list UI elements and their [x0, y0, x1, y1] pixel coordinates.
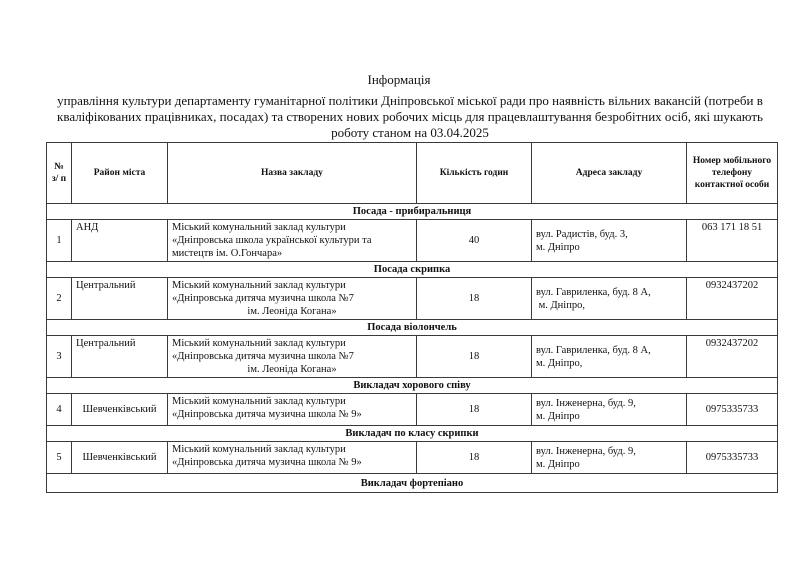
- section-title: Викладач фортепіано: [47, 474, 778, 493]
- cell-num: 2: [47, 278, 72, 320]
- name-line: «Дніпровська дитяча музична школа №7: [172, 350, 412, 363]
- header-phone: Номер мобільного телефону контактної осо…: [687, 143, 778, 204]
- cell-phone: 0932437202: [687, 278, 778, 320]
- section-row: Посада віолончель: [47, 320, 778, 336]
- section-title: Посада віолончель: [47, 320, 778, 336]
- section-title: Посада скрипка: [47, 262, 778, 278]
- cell-address: вул. Гавриленка, буд. 8 А, м. Дніпро,: [532, 336, 687, 378]
- cell-num: 5: [47, 442, 72, 474]
- cell-phone: 0932437202: [687, 336, 778, 378]
- header-address: Адреса закладу: [532, 143, 687, 204]
- address-line: м. Дніпро: [536, 410, 682, 423]
- address-line: вул. Гавриленка, буд. 8 А,: [536, 286, 682, 299]
- cell-name: Міський комунальний заклад культури «Дні…: [168, 336, 417, 378]
- address-line: вул. Радистів, буд. 3,: [536, 228, 682, 241]
- address-line: вул. Гавриленка, буд. 8 А,: [536, 344, 682, 357]
- table-header-row: № з/ п Район міста Назва закладу Кількіс…: [47, 143, 778, 204]
- header-num: № з/ п: [47, 143, 72, 204]
- cell-num: 3: [47, 336, 72, 378]
- section-row: Викладач хорового співу: [47, 378, 778, 394]
- name-line: Міський комунальний заклад культури: [172, 221, 412, 234]
- name-line: «Дніпровська школа української культури …: [172, 234, 412, 247]
- section-row: Посада скрипка: [47, 262, 778, 278]
- section-row: Посада - прибиральниця: [47, 204, 778, 220]
- name-line: мистецтв ім. О.Гончара»: [172, 247, 412, 260]
- address-line: м. Дніпро: [536, 458, 682, 471]
- section-title: Посада - прибиральниця: [47, 204, 778, 220]
- cell-district: АНД: [72, 220, 168, 262]
- address-line: вул. Інженерна, буд. 9,: [536, 445, 682, 458]
- table-row: 1 АНД Міський комунальний заклад культур…: [47, 220, 778, 262]
- section-row: Викладач фортепіано: [47, 474, 778, 493]
- cell-name: Міський комунальний заклад культури «Дні…: [168, 394, 417, 426]
- address-line: м. Дніпро,: [536, 357, 682, 370]
- cell-district: Центральний: [72, 278, 168, 320]
- name-line: ім. Леоніда Когана»: [172, 305, 412, 318]
- section-title: Викладач по класу скрипки: [47, 426, 778, 442]
- cell-district: Шевченківський: [72, 442, 168, 474]
- cell-hours: 18: [417, 278, 532, 320]
- name-line: Міський комунальний заклад культури: [172, 395, 412, 408]
- table-row: 3 Центральний Міський комунальний заклад…: [47, 336, 778, 378]
- cell-num: 1: [47, 220, 72, 262]
- address-line: м. Дніпро,: [536, 299, 682, 312]
- name-line: «Дніпровська дитяча музична школа № 9»: [172, 408, 412, 421]
- address-line: м. Дніпро: [536, 241, 682, 254]
- vacancies-table: № з/ п Район міста Назва закладу Кількіс…: [46, 142, 778, 493]
- cell-name: Міський комунальний заклад культури «Дні…: [168, 278, 417, 320]
- name-line: Міський комунальний заклад культури: [172, 279, 412, 292]
- cell-phone: 063 171 18 51: [687, 220, 778, 262]
- cell-address: вул. Гавриленка, буд. 8 А, м. Дніпро,: [532, 278, 687, 320]
- cell-hours: 40: [417, 220, 532, 262]
- name-line: Міський комунальний заклад культури: [172, 337, 412, 350]
- cell-name: Міський комунальний заклад культури «Дні…: [168, 220, 417, 262]
- cell-address: вул. Інженерна, буд. 9, м. Дніпро: [532, 442, 687, 474]
- address-line: вул. Інженерна, буд. 9,: [536, 397, 682, 410]
- name-line: ім. Леоніда Когана»: [172, 363, 412, 376]
- name-line: Міський комунальний заклад культури: [172, 443, 412, 456]
- cell-phone: 0975335733: [687, 442, 778, 474]
- header-hours: Кількість годин: [417, 143, 532, 204]
- cell-name: Міський комунальний заклад культури «Дні…: [168, 442, 417, 474]
- section-title: Викладач хорового співу: [47, 378, 778, 394]
- name-line: «Дніпровська дитяча музична школа № 9»: [172, 456, 412, 469]
- header-district: Район міста: [72, 143, 168, 204]
- document-title: Інформація: [0, 72, 798, 88]
- cell-num: 4: [47, 394, 72, 426]
- cell-hours: 18: [417, 336, 532, 378]
- cell-district: Центральний: [72, 336, 168, 378]
- cell-hours: 18: [417, 394, 532, 426]
- cell-address: вул. Інженерна, буд. 9, м. Дніпро: [532, 394, 687, 426]
- cell-district: Шевченківський: [72, 394, 168, 426]
- cell-address: вул. Радистів, буд. 3, м. Дніпро: [532, 220, 687, 262]
- table-row: 4 Шевченківський Міський комунальний зак…: [47, 394, 778, 426]
- header-name: Назва закладу: [168, 143, 417, 204]
- cell-hours: 18: [417, 442, 532, 474]
- table-row: 2 Центральний Міський комунальний заклад…: [47, 278, 778, 320]
- table-row: 5 Шевченківський Міський комунальний зак…: [47, 442, 778, 474]
- name-line: «Дніпровська дитяча музична школа №7: [172, 292, 412, 305]
- section-row: Викладач по класу скрипки: [47, 426, 778, 442]
- document-subtitle: управління культури департаменту гуманіт…: [40, 93, 780, 141]
- cell-phone: 0975335733: [687, 394, 778, 426]
